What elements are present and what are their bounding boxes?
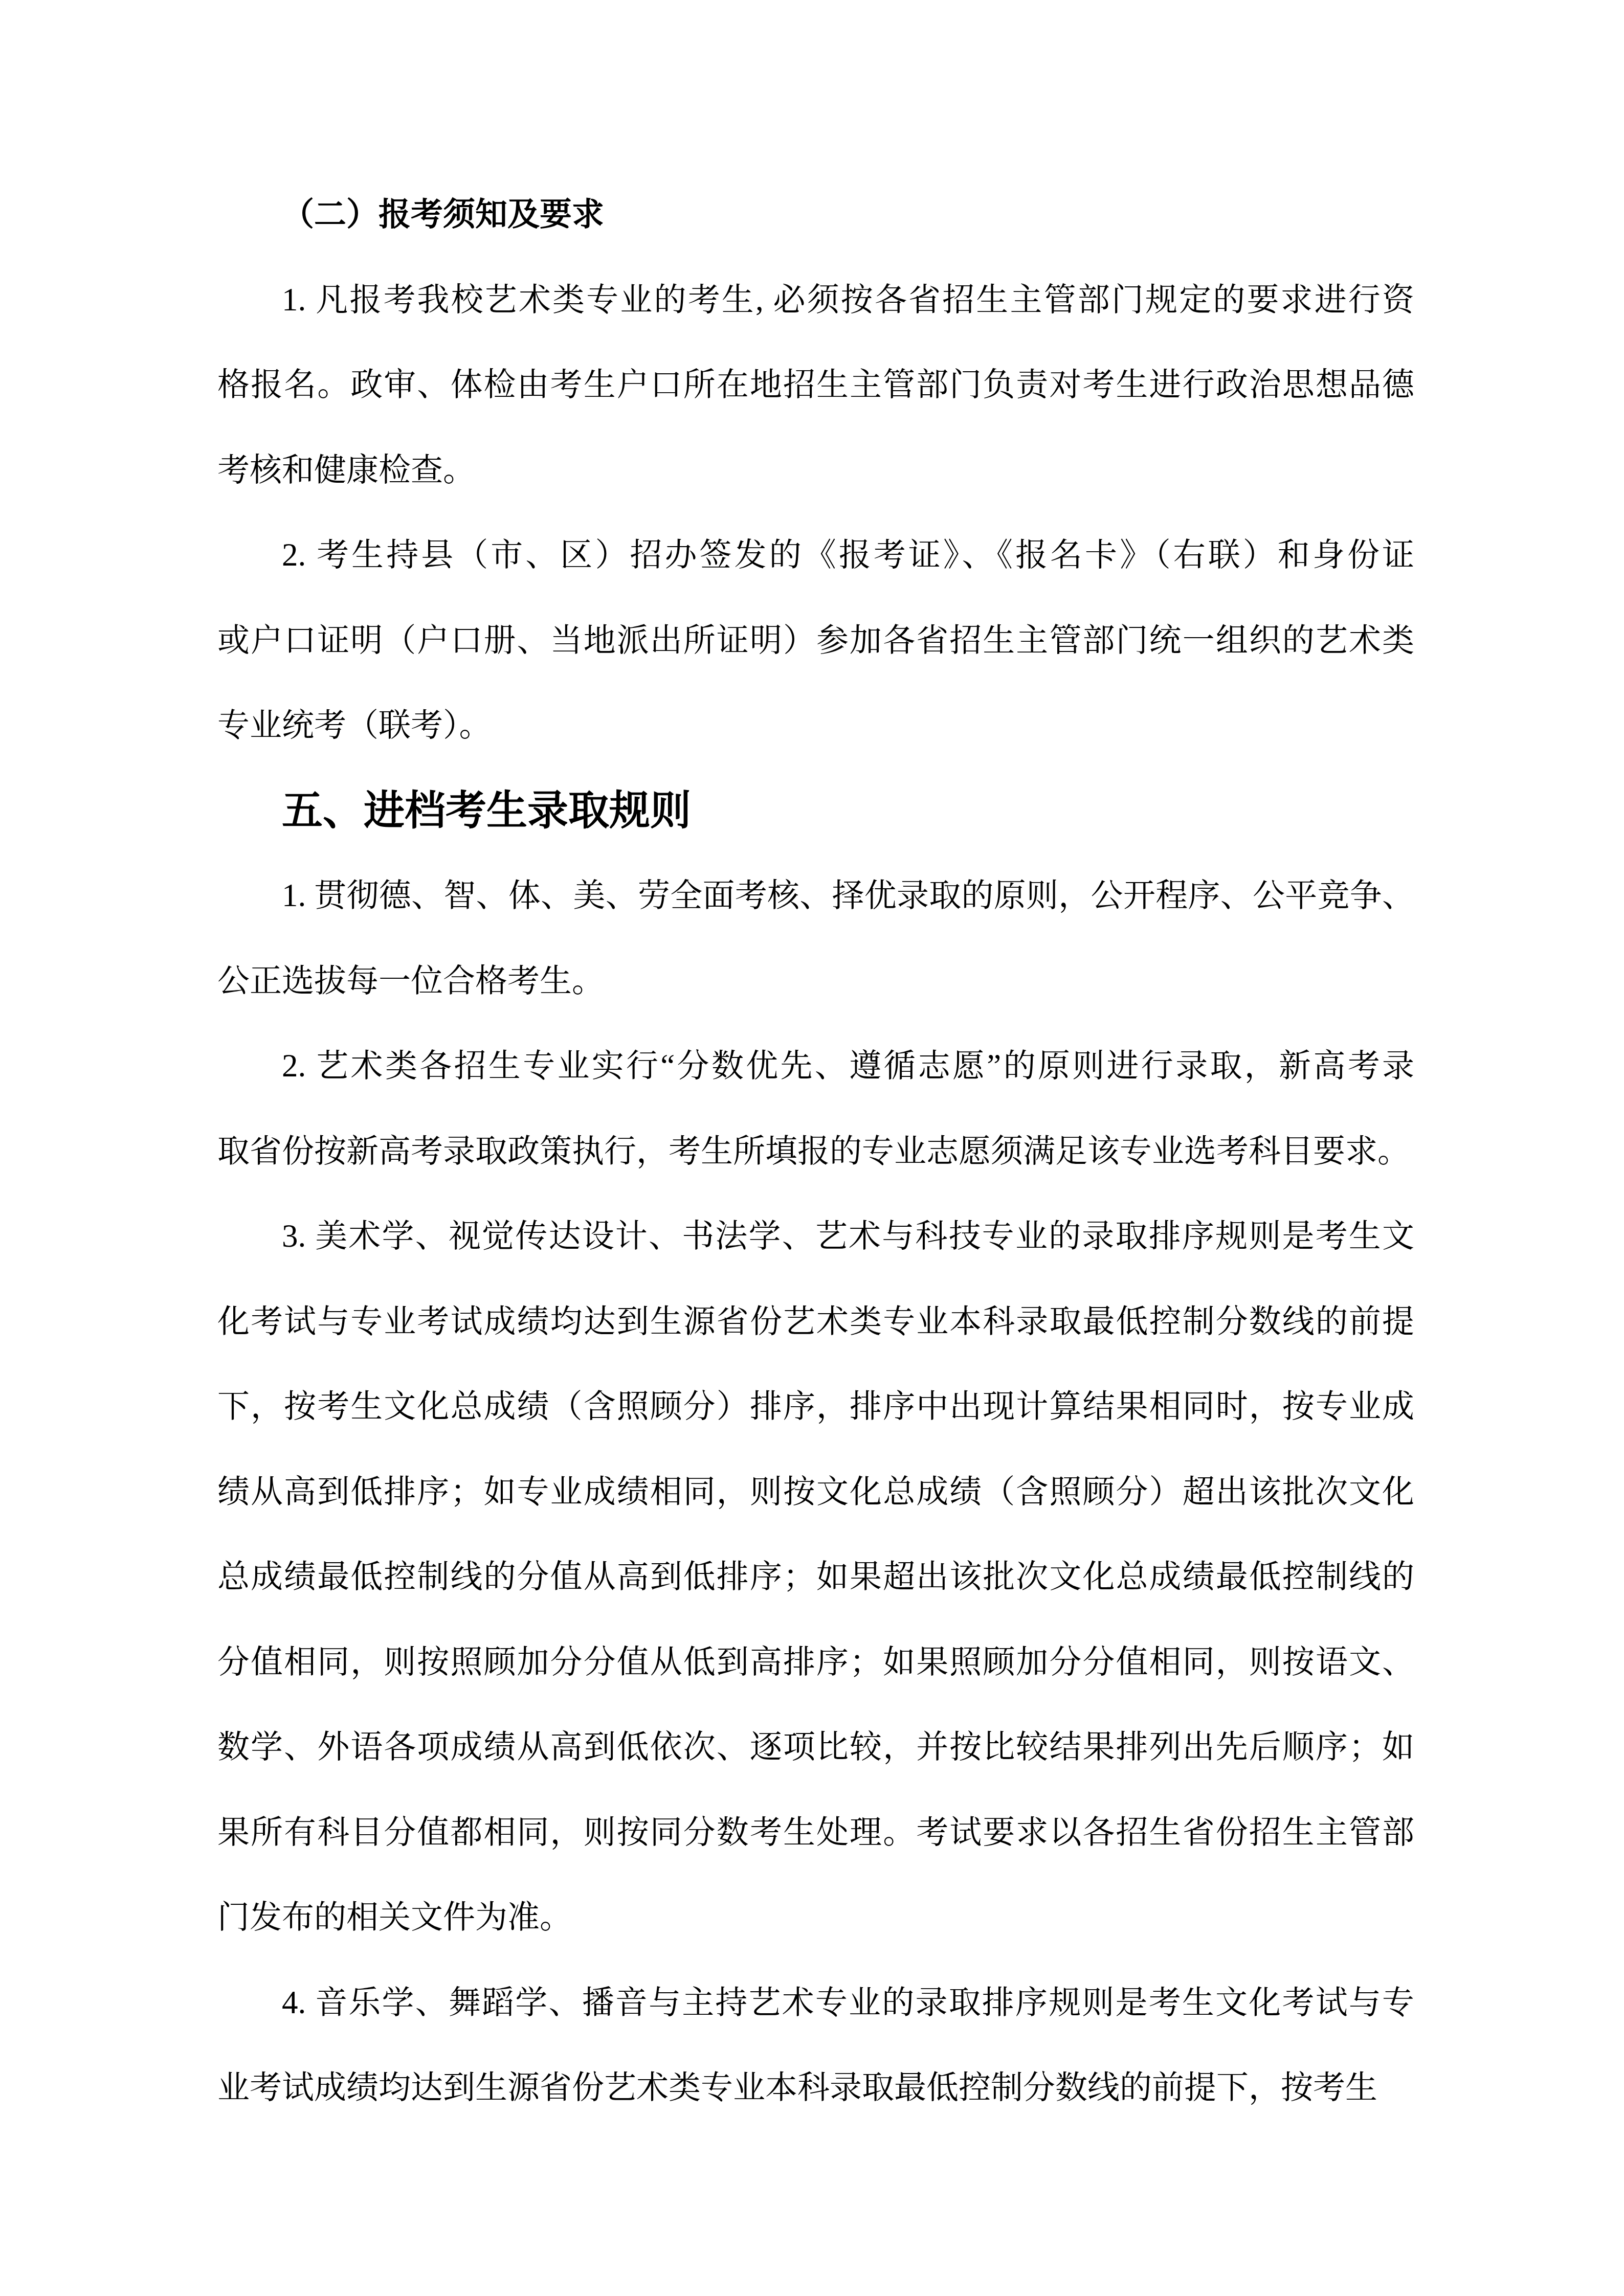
text-line: 数学、外语各项成绩从高到低依次、逐项比较，并按比较结果排列出先后顺序；如 — [217, 1704, 1414, 1790]
text-line: 4. 音乐学、舞蹈学、播音与主持艺术专业的录取排序规则是考生文化考试与专 — [217, 1960, 1414, 2045]
section-heading: 五、进档考生录取规则 — [217, 768, 1414, 853]
text-line: 2. 考生持县（市、区）招办签发的《报考证》、《报名卡》（右联）和身份证 — [217, 512, 1414, 598]
heading-line: 五、进档考生录取规则 — [217, 768, 1414, 853]
paragraph: 1. 贯彻德、智、体、美、劳全面考核、择优录取的原则，公开程序、公平竞争、公正选… — [217, 853, 1414, 1023]
text-line: 公正选拔每一位合格考生。 — [217, 938, 1414, 1024]
text-line: 1. 凡报考我校艺术类专业的考生, 必须按各省招生主管部门规定的要求进行资 — [217, 257, 1414, 343]
text-line: 果所有科目分值都相同，则按同分数考生处理。考试要求以各招生省份招生主管部 — [217, 1790, 1414, 1875]
subsection-heading: （二）报考须知及要求 — [217, 172, 1414, 257]
heading-line: （二）报考须知及要求 — [217, 172, 1414, 257]
paragraph: 2. 考生持县（市、区）招办签发的《报考证》、《报名卡》（右联）和身份证或户口证… — [217, 512, 1414, 768]
paragraph: 1. 凡报考我校艺术类专业的考生, 必须按各省招生主管部门规定的要求进行资格报名… — [217, 257, 1414, 513]
text-line: 化考试与专业考试成绩均达到生源省份艺术类专业本科录取最低控制分数线的前提 — [217, 1279, 1414, 1364]
paragraph: 4. 音乐学、舞蹈学、播音与主持艺术专业的录取排序规则是考生文化考试与专业考试成… — [217, 1960, 1414, 2130]
text-line: 取省份按新高考录取政策执行，考生所填报的专业志愿须满足该专业选考科目要求。 — [217, 1109, 1414, 1194]
text-line: 或户口证明（户口册、当地派出所证明）参加各省招生主管部门统一组织的艺术类 — [217, 598, 1414, 683]
text-line: 业考试成绩均达到生源省份艺术类专业本科录取最低控制分数线的前提下，按考生 — [217, 2045, 1414, 2130]
text-line: 专业统考（联考）。 — [217, 683, 1414, 768]
text-line: 格报名。政审、体检由考生户口所在地招生主管部门负责对考生进行政治思想品德 — [217, 342, 1414, 427]
text-line: 分值相同，则按照顾加分分值从低到高排序；如果照顾加分分值相同，则按语文、 — [217, 1619, 1414, 1705]
text-line: 绩从高到低排序；如专业成绩相同，则按文化总成绩（含照顾分）超出该批次文化 — [217, 1449, 1414, 1535]
text-line: 考核和健康检查。 — [217, 427, 1414, 513]
text-line: 门发布的相关文件为准。 — [217, 1875, 1414, 1960]
text-line: 1. 贯彻德、智、体、美、劳全面考核、择优录取的原则，公开程序、公平竞争、 — [217, 853, 1414, 938]
text-line: 3. 美术学、视觉传达设计、书法学、艺术与科技专业的录取排序规则是考生文 — [217, 1194, 1414, 1279]
document-page: （二）报考须知及要求1. 凡报考我校艺术类专业的考生, 必须按各省招生主管部门规… — [0, 0, 1624, 2296]
paragraph: 3. 美术学、视觉传达设计、书法学、艺术与科技专业的录取排序规则是考生文化考试与… — [217, 1194, 1414, 1960]
text-line: 下，按考生文化总成绩（含照顾分）排序，排序中出现计算结果相同时，按专业成 — [217, 1364, 1414, 1449]
document-content: （二）报考须知及要求1. 凡报考我校艺术类专业的考生, 必须按各省招生主管部门规… — [217, 172, 1414, 2130]
paragraph: 2. 艺术类各招生专业实行“分数优先、遵循志愿”的原则进行录取，新高考录取省份按… — [217, 1023, 1414, 1194]
text-line: 总成绩最低控制线的分值从高到低排序；如果超出该批次文化总成绩最低控制线的 — [217, 1534, 1414, 1619]
text-line: 2. 艺术类各招生专业实行“分数优先、遵循志愿”的原则进行录取，新高考录 — [217, 1023, 1414, 1109]
